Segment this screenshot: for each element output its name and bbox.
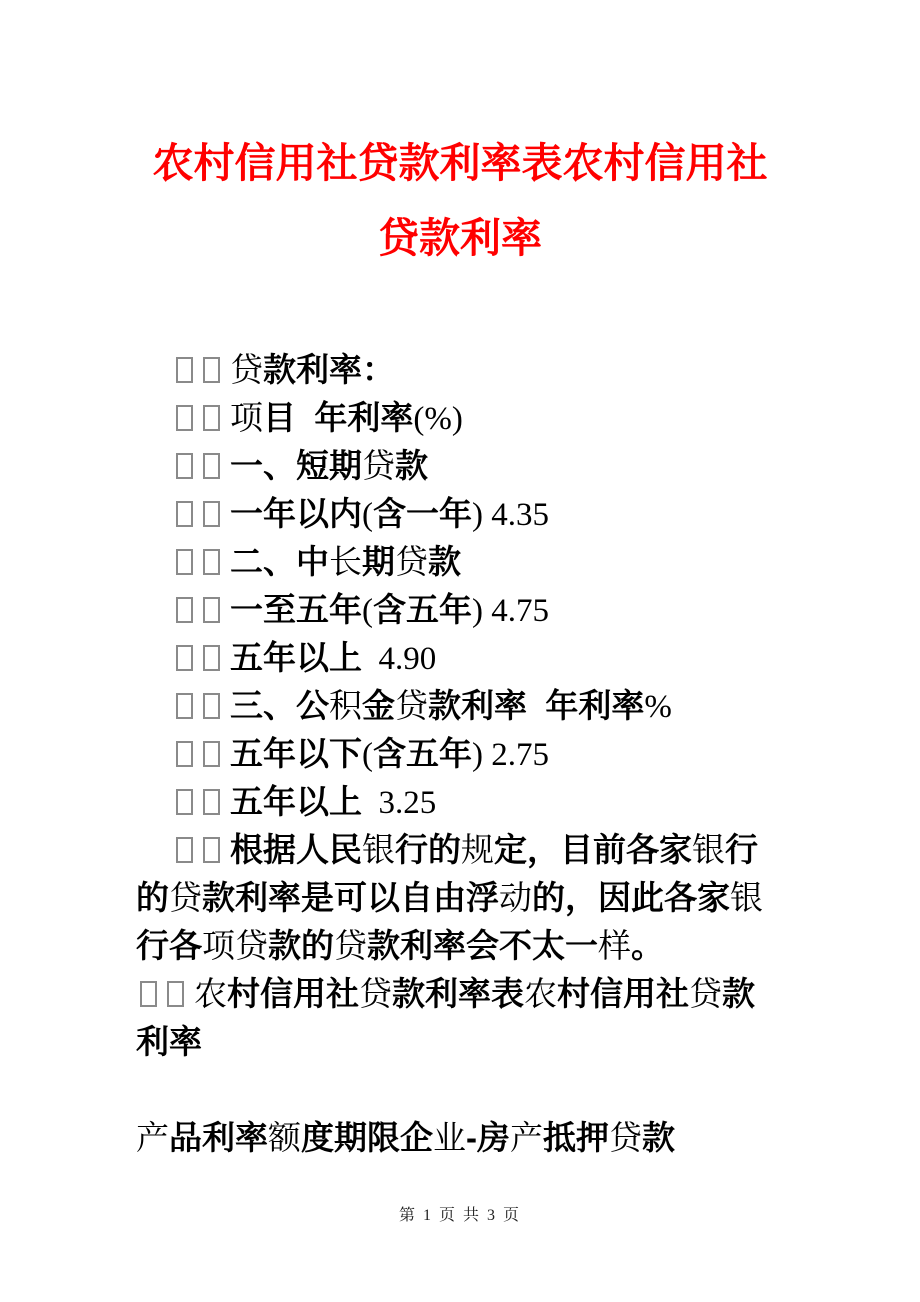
missing-glyph-box <box>176 837 193 863</box>
document-line: 产品利率额度期限企业-房产抵押贷款 <box>136 1114 920 1162</box>
text-run: 农 <box>194 977 227 1013</box>
missing-glyph-box <box>176 789 193 815</box>
text-run: 行 <box>725 831 758 868</box>
text-run: 贷 <box>362 449 395 485</box>
missing-glyph-box <box>176 357 193 383</box>
title-line-1: 农村信用社贷款利率表农村信用社 <box>0 126 920 201</box>
text-run: 贷 <box>169 881 202 917</box>
missing-glyph-box <box>176 453 193 479</box>
text-run: ( <box>362 737 373 773</box>
document-line: 利率 <box>136 1018 920 1066</box>
text-run: 含五年 <box>373 591 472 628</box>
missing-glyph-box <box>176 549 193 575</box>
text-run: 长 <box>329 545 362 581</box>
text-run: 农 <box>524 977 557 1013</box>
document-line: 一年以内(含一年) 4.35 <box>136 490 920 538</box>
document-title: 农村信用社贷款利率表农村信用社 贷款利率 <box>0 0 920 276</box>
missing-glyph-box <box>203 741 220 767</box>
text-run: 贷 <box>609 1121 642 1157</box>
text-run: ( <box>362 593 373 629</box>
text-run: 款 <box>428 543 461 580</box>
text-run: ) 4.35 <box>472 497 549 533</box>
missing-glyph-box <box>203 549 220 575</box>
document-line: 五年以上 3.25 <box>136 778 920 826</box>
missing-glyph-box <box>176 693 193 719</box>
text-run: 度期限企 <box>301 1119 433 1156</box>
text-run: 抵押 <box>543 1119 609 1156</box>
text-run: 五年以下 <box>230 735 362 772</box>
text-run: 一至五年 <box>230 591 362 628</box>
text-run: 期 <box>362 543 395 580</box>
missing-glyph-box <box>203 501 220 527</box>
missing-glyph-box <box>203 693 220 719</box>
document-line: 二、中长期贷款 <box>136 538 920 586</box>
missing-glyph-box <box>176 405 193 431</box>
text-run: 银 <box>362 833 395 869</box>
text-run: 一、短期 <box>230 447 362 484</box>
text-run: 4.90 <box>362 641 436 677</box>
document-line: 贷款利率： <box>136 346 920 394</box>
text-run: 五年以上 <box>230 639 362 676</box>
document-page: 农村信用社贷款利率表农村信用社 贷款利率 贷款利率：项目 年利率(%)一、短期贷… <box>0 0 920 1302</box>
text-run: 一年以内 <box>230 495 362 532</box>
text-run: 款利率 年利率 <box>428 687 644 724</box>
text-run: 二、中 <box>230 543 329 580</box>
text-run: 行各 <box>136 927 202 964</box>
missing-glyph-box <box>140 981 157 1007</box>
text-run: ) 4.75 <box>472 593 549 629</box>
text-run: 贷 <box>230 353 263 389</box>
text-run: 村信用社 <box>227 975 359 1012</box>
text-run: 利率 <box>136 1023 202 1060</box>
text-run: 贷 <box>689 977 722 1013</box>
missing-glyph-box <box>203 645 220 671</box>
text-run: 款利率表 <box>392 975 524 1012</box>
text-run: 目 年利率 <box>263 399 413 436</box>
missing-glyph-box <box>176 645 193 671</box>
text-run: 款 <box>395 447 428 484</box>
missing-glyph-box <box>203 357 220 383</box>
text-run: 根据人民 <box>230 831 362 868</box>
text-run: 项 <box>202 929 235 965</box>
document-line: 根据人民银行的规定，目前各家银行 <box>136 826 920 874</box>
text-run: 的，因此各家 <box>532 879 730 916</box>
missing-glyph-box <box>203 405 220 431</box>
document-body: 贷款利率：项目 年利率(%)一、短期贷款一年以内(含一年) 4.35二、中长期贷… <box>136 346 920 1162</box>
text-run: 三、公 <box>230 687 329 724</box>
text-run: ) 2.75 <box>472 737 549 773</box>
text-run: 村信用社 <box>557 975 689 1012</box>
document-line: 一、短期贷款 <box>136 442 920 490</box>
document-line: 项目 年利率(%) <box>136 394 920 442</box>
text-run: 贷 <box>395 689 428 725</box>
document-line: 三、公积金贷款利率 年利率% <box>136 682 920 730</box>
text-run: 银 <box>692 833 725 869</box>
text-run: (%) <box>413 401 462 437</box>
text-run: 。 <box>631 927 664 964</box>
text-run: 额 <box>268 1121 301 1157</box>
text-run: 款利率是可以自由浮 <box>202 879 499 916</box>
text-run: 银 <box>730 881 763 917</box>
text-run: ( <box>362 497 373 533</box>
missing-glyph-box <box>203 597 220 623</box>
page-footer: 第 1 页 共 3 页 <box>0 1202 920 1225</box>
text-run: 贷 <box>235 929 268 965</box>
text-run: 定，目前各家 <box>494 831 692 868</box>
text-run: -房 <box>466 1119 510 1156</box>
document-line: 的贷款利率是可以自由浮动的，因此各家银 <box>136 874 920 922</box>
missing-glyph-box <box>176 501 193 527</box>
document-line: 五年以下(含五年) 2.75 <box>136 730 920 778</box>
text-run: 动 <box>499 881 532 917</box>
text-run: 款利率会不太一 <box>367 927 598 964</box>
missing-glyph-box <box>167 981 184 1007</box>
text-run: % <box>644 689 672 725</box>
missing-glyph-box <box>176 597 193 623</box>
text-run: 贷 <box>334 929 367 965</box>
text-run: 含一年 <box>373 495 472 532</box>
missing-glyph-box <box>203 837 220 863</box>
text-run: 贷 <box>395 545 428 581</box>
document-line: 农村信用社贷款利率表农村信用社贷款 <box>136 970 920 1018</box>
missing-glyph-box <box>203 453 220 479</box>
text-run: 款 <box>722 975 755 1012</box>
text-run: 款 <box>642 1119 675 1156</box>
missing-glyph-box <box>203 789 220 815</box>
text-run: 产 <box>510 1121 543 1157</box>
text-run: 品利率 <box>169 1119 268 1156</box>
text-run: 项 <box>230 401 263 437</box>
text-run: 五年以上 <box>230 783 362 820</box>
text-run: 规 <box>461 833 494 869</box>
text-run: 款的 <box>268 927 334 964</box>
title-line-2: 贷款利率 <box>0 201 920 276</box>
text-run: 3.25 <box>362 785 436 821</box>
document-line: 五年以上 4.90 <box>136 634 920 682</box>
blank-line <box>136 1066 920 1114</box>
text-run: 业 <box>433 1121 466 1157</box>
text-run: 产 <box>136 1121 169 1157</box>
document-line: 一至五年(含五年) 4.75 <box>136 586 920 634</box>
text-run: 样 <box>598 929 631 965</box>
text-run: 款利率： <box>263 351 395 388</box>
text-run: 含五年 <box>373 735 472 772</box>
text-run: 金 <box>362 687 395 724</box>
missing-glyph-box <box>176 741 193 767</box>
text-run: 行的 <box>395 831 461 868</box>
text-run: 积 <box>329 689 362 725</box>
document-line: 行各项贷款的贷款利率会不太一样。 <box>136 922 920 970</box>
text-run: 贷 <box>359 977 392 1013</box>
text-run: 的 <box>136 879 169 916</box>
